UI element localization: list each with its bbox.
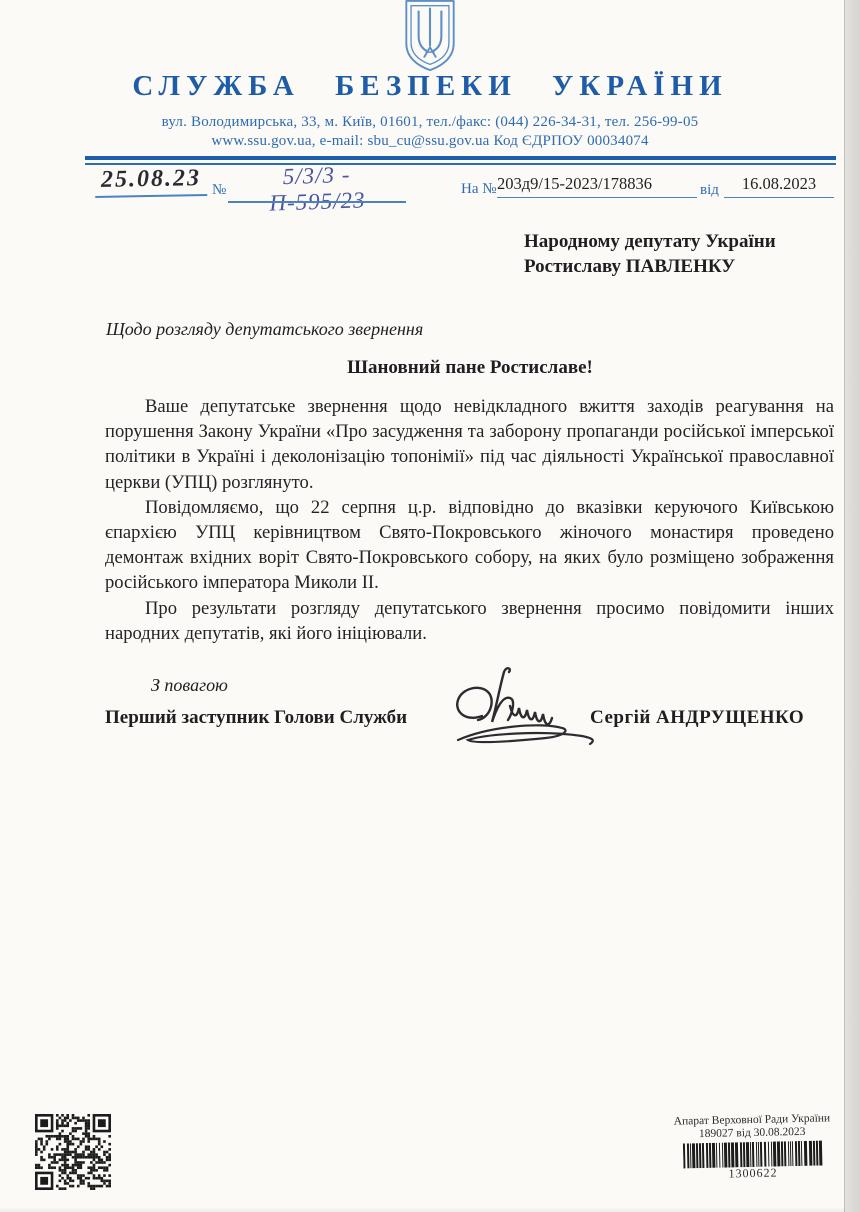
- letter-body: Ваше депутатське звернення щодо невідкла…: [105, 394, 834, 646]
- paragraph-2: Повідомляємо, що 22 серпня ц.р. відповід…: [105, 495, 834, 596]
- scan-bottom-shadow: [0, 1207, 845, 1212]
- registration-stamp: Апарат Верховної Ради України 189027 від…: [669, 1112, 835, 1181]
- header-divider: [85, 156, 836, 165]
- number-underline: [228, 201, 406, 203]
- handwritten-outgoing-number: 5/3/3 - П-595/23: [231, 160, 403, 218]
- handwritten-signature-icon: [446, 664, 606, 759]
- paragraph-1: Ваше депутатське звернення щодо невідкла…: [105, 394, 834, 495]
- ukraine-trident-icon: [401, 0, 459, 72]
- recipient-line-2: Ростиславу ПАВЛЕНКУ: [524, 254, 776, 279]
- address-line-1: вул. Володимирська, 33, м. Київ, 01601, …: [60, 114, 800, 131]
- number-label: №: [212, 182, 226, 199]
- scan-edge-shadow: [844, 0, 860, 1212]
- qr-code-icon: [35, 1114, 111, 1190]
- recipient-line-1: Народному депутату України: [524, 229, 776, 254]
- address-line-2: www.ssu.gov.ua, e-mail: sbu_cu@ssu.gov.u…: [60, 133, 800, 150]
- signer-position: Перший заступник Голови Служби: [105, 707, 407, 729]
- recipient-block: Народному депутату України Ростиславу ПА…: [524, 229, 776, 279]
- barcode-number: 1300622: [670, 1165, 835, 1181]
- signer-name: Сергій АНДРУЩЕНКО: [590, 707, 804, 729]
- incoming-number: 203д9/15-2023/178836: [497, 174, 697, 198]
- handwritten-outgoing-date: 25.08.23: [95, 165, 208, 198]
- from-label: від: [700, 182, 719, 199]
- subject-line: Щодо розгляду депутатського звернення: [106, 319, 423, 340]
- salutation: Шановний пане Ростиславе!: [105, 357, 835, 379]
- regards-line: З повагою: [151, 675, 228, 696]
- incoming-date: 16.08.2023: [724, 174, 834, 198]
- organization-title: СЛУЖБА БЕЗПЕКИ УКРАЇНИ: [60, 70, 800, 103]
- incoming-number-label: На №: [461, 181, 497, 198]
- scanned-letter-page: СЛУЖБА БЕЗПЕКИ УКРАЇНИ вул. Володимирськ…: [0, 0, 860, 1212]
- paragraph-3: Про результати розгляду депутатського зв…: [105, 596, 834, 646]
- barcode-icon: [682, 1141, 822, 1169]
